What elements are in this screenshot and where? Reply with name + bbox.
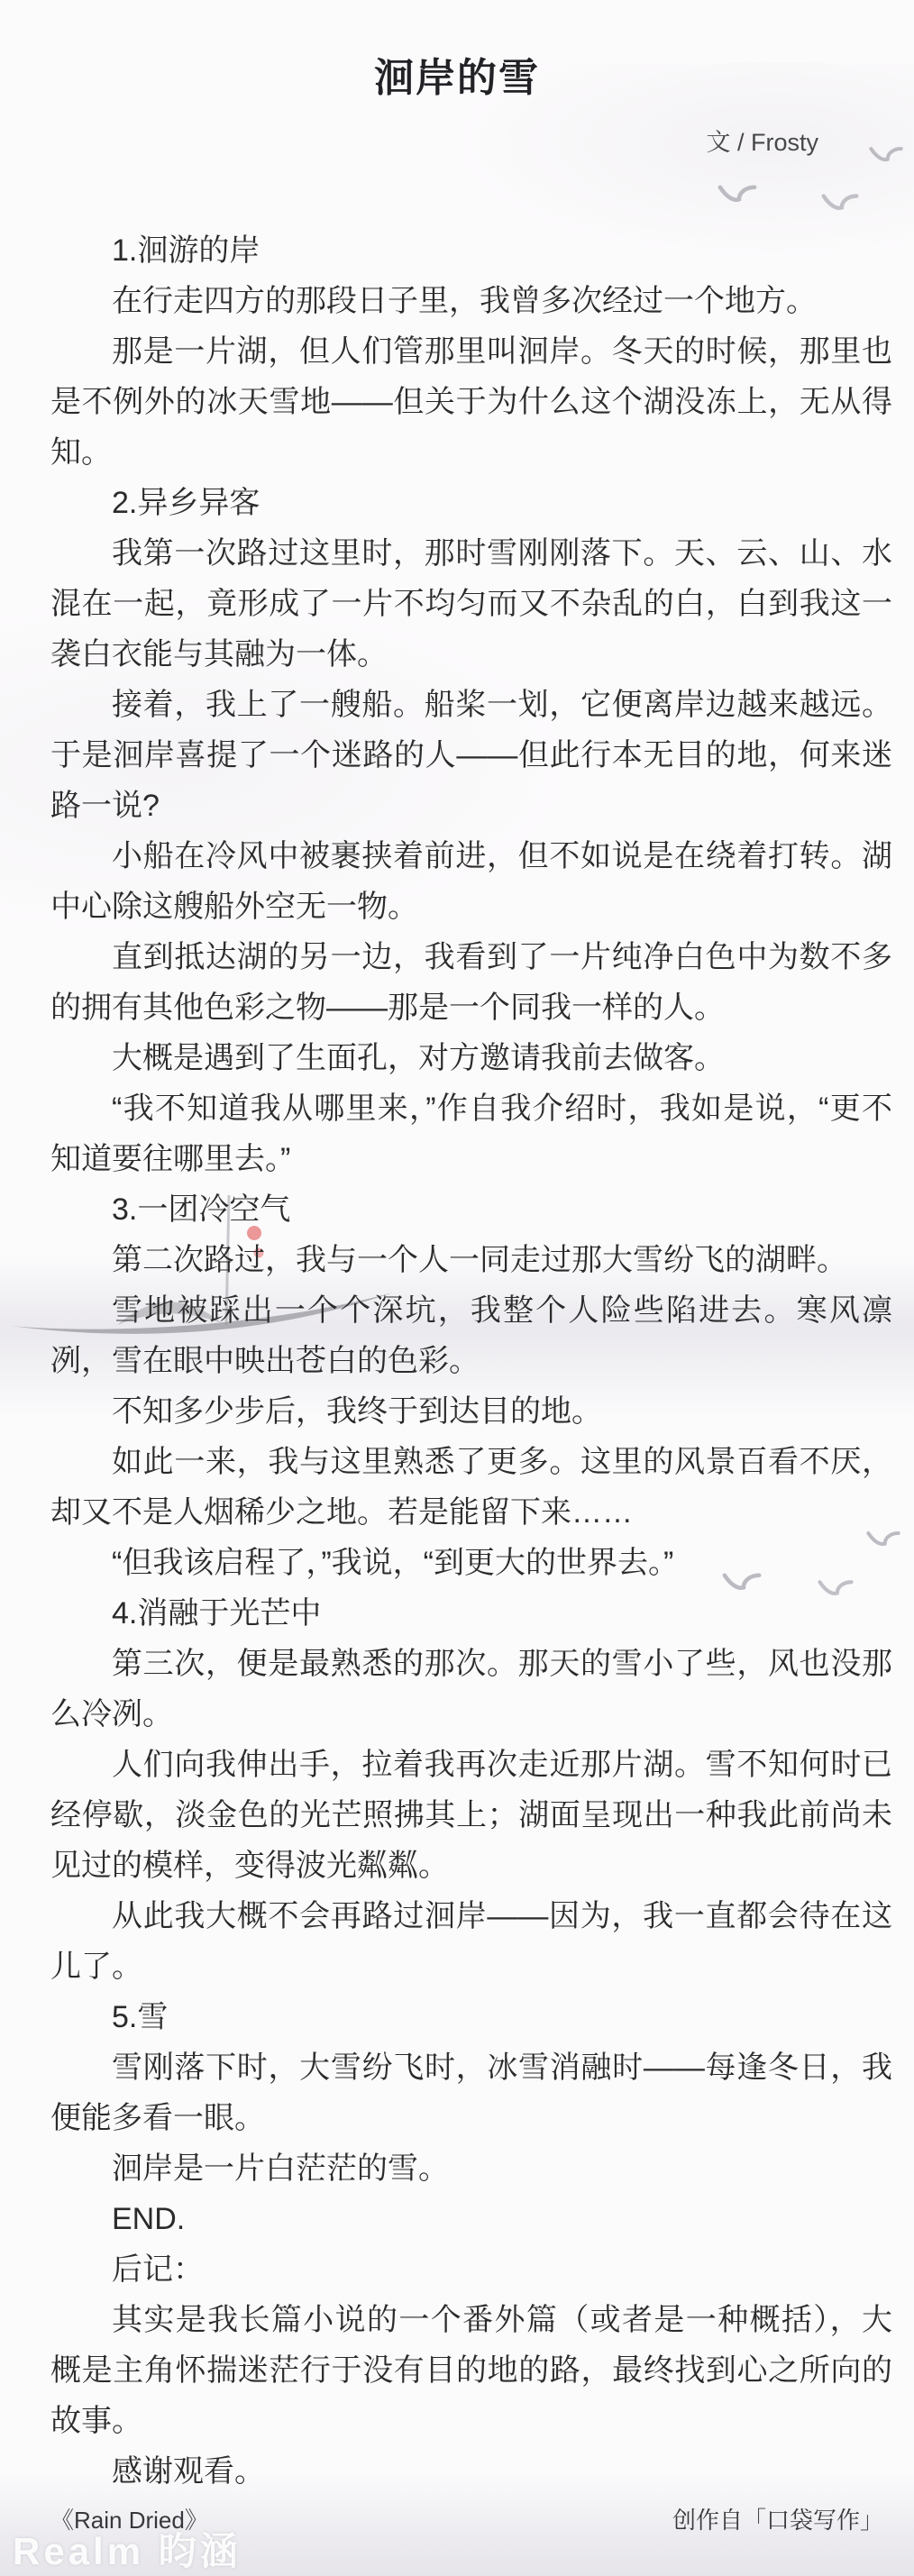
paragraph: 后记： (50, 2244, 892, 2295)
footer-credit: 创作自「口袋写作」 (672, 2502, 883, 2535)
paragraph: 1.洄游的岸 (50, 225, 892, 276)
paragraph: 大概是遇到了生面孔，对方邀请我前去做客。 (50, 1033, 892, 1083)
article-page: 洄岸的雪 文 / Frosty 1.洄游的岸在行走四方的那段日子里，我曾多次经过… (0, 0, 914, 2576)
paragraph: 小船在冷风中被裹挟着前进，但不如说是在绕着打转。湖中心除这艘船外空无一物。 (50, 831, 892, 932)
paragraph: 4.消融于光芒中 (50, 1588, 892, 1639)
paragraph: 我第一次路过这里时，那时雪刚刚落下。天、云、山、水混在一起，竟形成了一片不均匀而… (50, 528, 892, 680)
paragraph: 从此我大概不会再路过洄岸——因为，我一直都会待在这儿了。 (50, 1891, 892, 1992)
paragraph: 感谢观看。 (50, 2446, 892, 2497)
article-body: 1.洄游的岸在行走四方的那段日子里，我曾多次经过一个地方。那是一片湖，但人们管那… (50, 225, 892, 2497)
paragraph: 不知多少步后，我终于到达目的地。 (50, 1386, 892, 1437)
bird-icon (717, 182, 758, 203)
article-title: 洄岸的雪 (0, 45, 914, 103)
paragraph: 其实是我长篇小说的一个番外篇（或者是一种概括），大概是主角怀揣迷茫行于没有目的地… (50, 2295, 892, 2446)
paragraph: 雪地被踩出一个个深坑，我整个人险些陷进去。寒风凛冽，雪在眼中映出苍白的色彩。 (50, 1285, 892, 1386)
paragraph: “我不知道我从哪里来，”作自我介绍时，我如是说，“更不知道要往哪里去。” (50, 1083, 892, 1184)
bird-icon (820, 191, 860, 211)
paragraph: 雪刚落下时，大雪纷飞时，冰雪消融时——每逢冬日，我便能多看一眼。 (50, 2042, 892, 2143)
paragraph: 3.一团冷空气 (50, 1184, 892, 1235)
paragraph: 第二次路过，我与一个人一同走过那大雪纷飞的湖畔。 (50, 1235, 892, 1285)
realm-watermark: Realm 昀涵 (13, 2522, 242, 2576)
paragraph: 人们向我伸出手，拉着我再次走近那片湖。雪不知何时已经停歇，淡金色的光芒照拂其上；… (50, 1740, 892, 1891)
paragraph: 洄岸是一片白茫茫的雪。 (50, 2143, 892, 2194)
paragraph: 如此一来，我与这里熟悉了更多。这里的风景百看不厌，却又不是人烟稀少之地。若是能留… (50, 1437, 892, 1538)
paragraph: END. (50, 2194, 892, 2244)
paragraph: 5.雪 (50, 1992, 892, 2042)
paragraph: 接着，我上了一艘船。船桨一划，它便离岸边越来越远。于是洄岸喜提了一个迷路的人——… (50, 680, 892, 831)
paragraph: 直到抵达湖的另一边，我看到了一片纯净白色中为数不多的拥有其他色彩之物——那是一个… (50, 932, 892, 1033)
paragraph: 第三次，便是最熟悉的那次。那天的雪小了些，风也没那么冷冽。 (50, 1639, 892, 1740)
paragraph: 那是一片湖，但人们管那里叫洄岸。冬天的时候，那里也是不例外的冰天雪地——但关于为… (50, 326, 892, 478)
bird-icon (868, 144, 904, 162)
paragraph: 2.异乡异客 (50, 478, 892, 528)
byline: 文 / Frosty (706, 123, 818, 158)
paragraph: 在行走四方的那段日子里，我曾多次经过一个地方。 (50, 276, 892, 326)
paragraph: “但我该启程了，”我说，“到更大的世界去。” (50, 1538, 892, 1588)
